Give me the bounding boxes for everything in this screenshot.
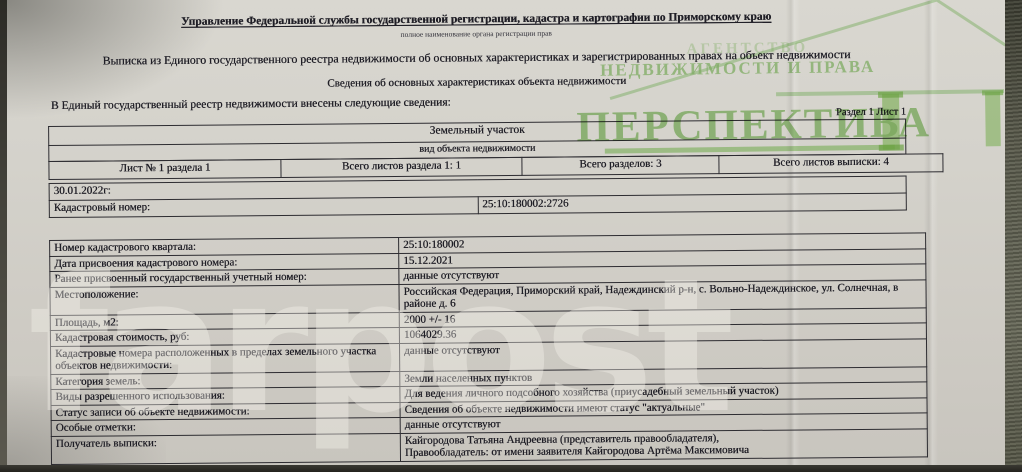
section-sheets-total-cell: Всего листов раздела 1: 1 [281,157,522,177]
row-label: Кадастровые номера расположенных в преде… [51,343,400,374]
row-label: Получатель выписки: [51,433,400,464]
intro-line: В Единый государственный реестр недвижим… [51,97,451,112]
cadastral-number-label: Кадастровый номер: [49,197,478,218]
object-details-table: Номер кадастрового квартала: 25:10:18000… [49,232,928,464]
sheet-number-cell: Лист № 1 раздела 1 [49,160,281,180]
sections-total-cell: Всего разделов: 3 [522,156,719,176]
photo-edge-bottom [0,465,1022,472]
row-value: Кайгородова Татьяна Андреевна (представи… [400,428,927,461]
egrn-extract-document: Управление Федеральной службы государств… [0,0,1022,472]
photo-edge-right [1005,0,1022,472]
document-title: Выписка из Единого государственного реес… [47,47,905,69]
photo-edge-left [0,0,7,472]
cadastral-number-value: 25:10:180002:2726 [478,193,907,214]
date-cadastral-table: 30.01.2022г: Кадастровый номер: 25:10:18… [49,176,907,218]
document-subtitle: Сведения об основных характеристиках объ… [48,73,906,92]
row-label: Местоположение: [50,284,399,315]
extract-sheets-total-cell: Всего листов выписки: 4 [719,154,943,174]
